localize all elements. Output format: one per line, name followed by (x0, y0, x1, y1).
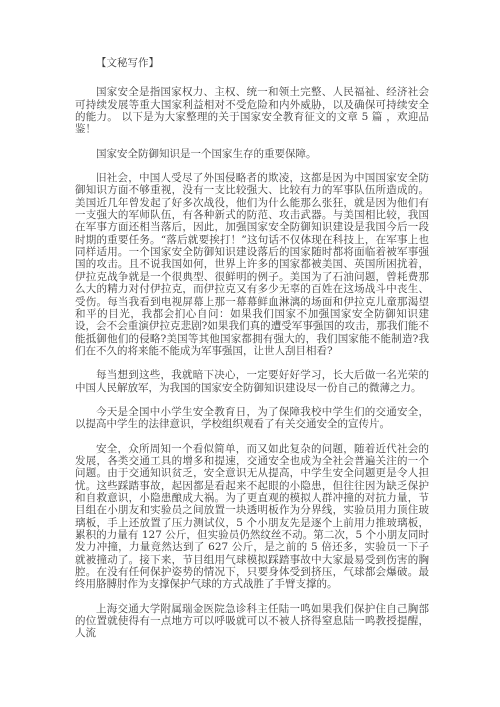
paragraph-doctor-advice: 上海交通大学附属瑞金医院急诊科主任陆一鸣如果我们保护住自己胸部的位置就使得有一点… (75, 603, 429, 640)
paragraph-national-defense: 旧社会，中国人受尽了外国侵略者的欺凌，这都是因为中国国家安全防御知识方面不够重视… (75, 172, 429, 357)
section-heading: 【文秘写作】 (75, 57, 429, 69)
paragraph-resolution: 每当想到这些，我就暗下决心，一定要好好学习，长大后做一名光荣的中国人民解放军，为… (75, 369, 429, 394)
paragraph-safety-education-day: 今天是全国中小学生安全教育日，为了保障我校中学生们的交通安全，以提高中学生的法律… (75, 406, 429, 431)
paragraph-intro: 国家安全是指国家权力、主权、统一和领土完整、人民福祉、经济社会可持续发展等重大国… (75, 86, 429, 135)
paragraph-thesis: 国家安全防御知识是一个国家生存的重要保障。 (75, 148, 429, 160)
paragraph-traffic-safety-experiment: 安全，众所周知一个看似简单，而又如此复杂的问题，随着近代社会的发展，各类交通工具… (75, 443, 429, 591)
document-page: 【文秘写作】 国家安全是指国家权力、主权、统一和领土完整、人民福祉、经济社会可持… (0, 0, 500, 707)
